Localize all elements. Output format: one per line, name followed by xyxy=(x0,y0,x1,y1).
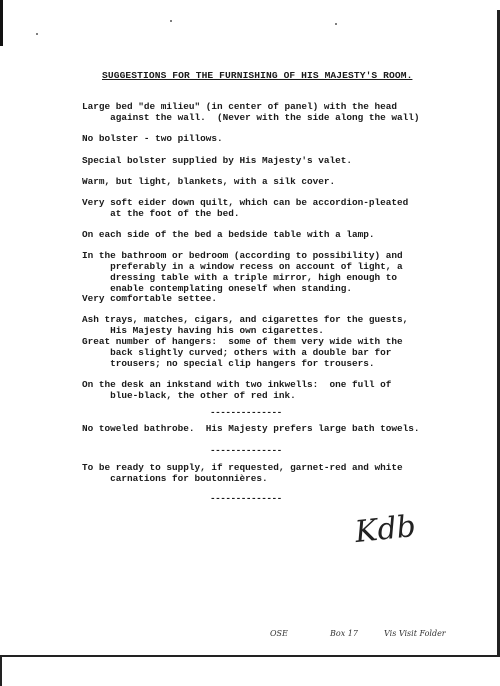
paragraph-bedside-table: On each side of the bed a bedside table … xyxy=(82,229,375,240)
separator-line: -------------- xyxy=(210,493,282,504)
paragraph-quilt: Very soft eider down quilt, which can be… xyxy=(82,197,408,219)
paragraph-bed: Large bed "de milieu" (in center of pane… xyxy=(82,101,420,123)
scan-edge-bottom-left xyxy=(0,655,2,686)
paragraph-dressing-table: In the bathroom or bedroom (according to… xyxy=(82,250,403,294)
archive-note-box: Box 17 xyxy=(330,629,358,638)
scan-edge-left xyxy=(0,0,3,46)
separator-line: -------------- xyxy=(210,407,282,418)
paragraph-bolster: No bolster - two pillows. xyxy=(82,133,223,144)
paragraph-settee: Very comfortable settee. xyxy=(82,293,217,304)
paragraph-special-bolster: Special bolster supplied by His Majesty'… xyxy=(82,155,352,166)
archive-note-folder: Vis Visit Folder xyxy=(384,629,446,638)
paragraph-blankets: Warm, but light, blankets, with a silk c… xyxy=(82,176,335,187)
document-title: SUGGESTIONS FOR THE FURNISHING OF HIS MA… xyxy=(102,70,412,81)
separator-line: -------------- xyxy=(210,445,282,456)
paragraph-hangers: Great number of hangers: some of them ve… xyxy=(82,336,403,369)
document-page: SUGGESTIONS FOR THE FURNISHING OF HIS MA… xyxy=(0,0,500,686)
paragraph-bathrobe: No toweled bathrobe. His Majesty prefers… xyxy=(82,423,420,434)
archive-note-left: OSE xyxy=(270,629,288,638)
paragraph-ash-trays: Ash trays, matches, cigars, and cigarett… xyxy=(82,314,408,336)
scan-speck xyxy=(170,20,172,22)
paragraph-inkstand: On the desk an inkstand with two inkwell… xyxy=(82,379,391,401)
paragraph-carnations: To be ready to supply, if requested, gar… xyxy=(82,462,403,484)
scan-speck xyxy=(335,23,337,25)
scan-edge-bottom xyxy=(0,655,500,657)
scan-speck xyxy=(36,33,38,35)
handwritten-initials: Kdb xyxy=(353,509,417,550)
